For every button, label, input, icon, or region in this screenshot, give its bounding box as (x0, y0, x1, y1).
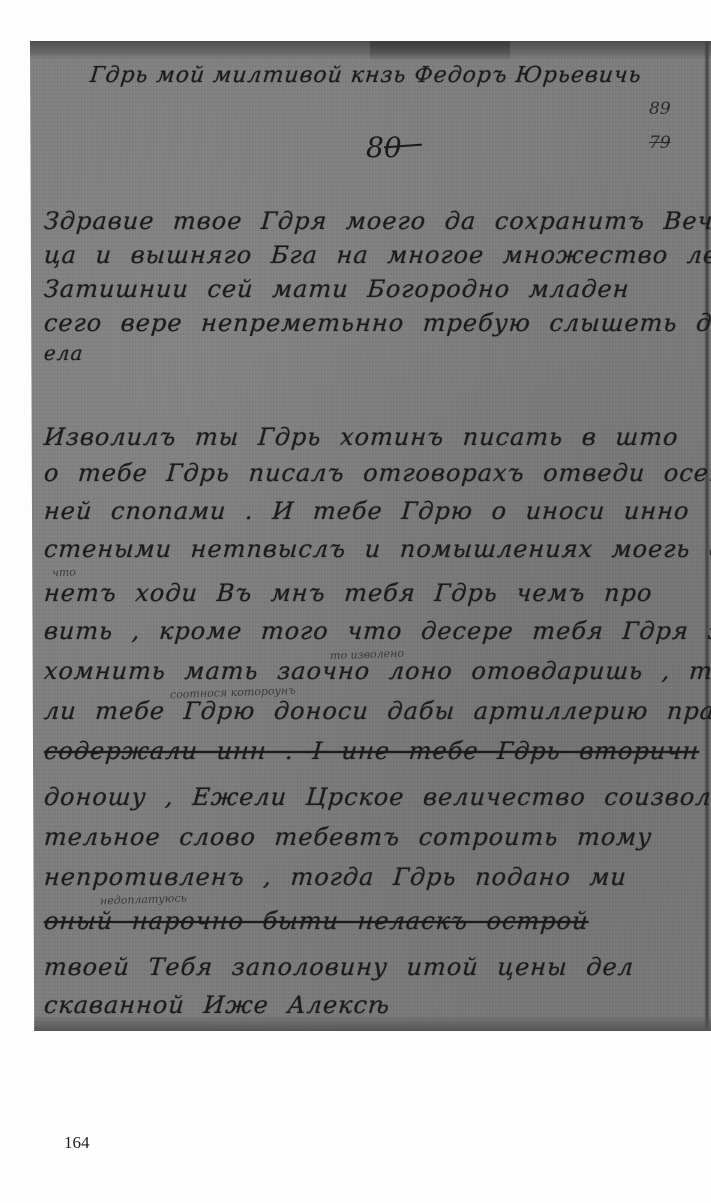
manuscript-line: ли тебе Гдрю доноси дабы артиллерию пра (43, 697, 711, 725)
manuscript-line: ца и вышняго Бга на многое множество лет… (43, 241, 711, 269)
page-number: 164 (64, 1133, 90, 1153)
manuscript-line: непротивленъ , тогда Гдрь подано ми (43, 863, 628, 891)
manuscript-line: скаванной Иже Алексѣ (43, 991, 391, 1019)
manuscript-line: Здравие твое Гдря моего да сохранитъ Веч… (43, 207, 711, 235)
manuscript-line: о тебе Гдрь писалъ отговорахъ отведи осе… (43, 459, 711, 487)
interlinear-note: что (52, 566, 76, 580)
manuscript-line: вить , кроме того что десере тебя Гдря з… (43, 617, 711, 645)
manuscript-line: ела (43, 341, 84, 365)
manuscript-line: сего вере непреметьнно требую слышеть д (43, 309, 711, 337)
folio-number-margin-struck: 79 (649, 133, 671, 153)
manuscript-line-struck: оный нарочно быти неласкъ острой (43, 907, 590, 935)
manuscript-line: тельное слово тебевтъ сотроить тому (43, 823, 653, 851)
manuscript-line: Затишнии сей мати Богородно младен (43, 275, 631, 303)
manuscript-line: ней спопами . И тебе Гдрю о иноси инно (43, 497, 690, 525)
manuscript-line: твоей Тебя заполовину итой цены дел (43, 953, 635, 981)
manuscript-line-struck: содержали инн . I ине тебе Гдрь вторичн (43, 737, 700, 765)
plate-top-dark-patch (370, 41, 510, 61)
manuscript-line-struck: нетъ ходи Въ мнъ тебя Гдрь чемъ про (43, 579, 653, 607)
manuscript-heading: Гдрь мой милтивой кнзь Федоръ Юрьевичь (89, 63, 643, 88)
book-page: Гдрь мой милтивой кнзь Федоръ Юрьевичь 8… (0, 0, 711, 1203)
folio-number-margin: 89 (649, 99, 671, 119)
manuscript-line: хомнить мать заочно лоно отовдаришь , та… (43, 657, 711, 685)
manuscript-line: доношу , Ежели Црское величество соизвол… (43, 783, 711, 811)
interlinear-note: недоплатуюсь (100, 891, 187, 907)
manuscript-line: Изволилъ ты Гдрь хотинъ писать в што (43, 423, 679, 451)
manuscript-line: стеными нетпвыслъ и помышлениях моегь от (43, 535, 711, 563)
manuscript-photograph: Гдрь мой милтивой кнзь Федоръ Юрьевичь 8… (30, 41, 711, 1031)
folio-number-center: 80 (366, 131, 402, 164)
